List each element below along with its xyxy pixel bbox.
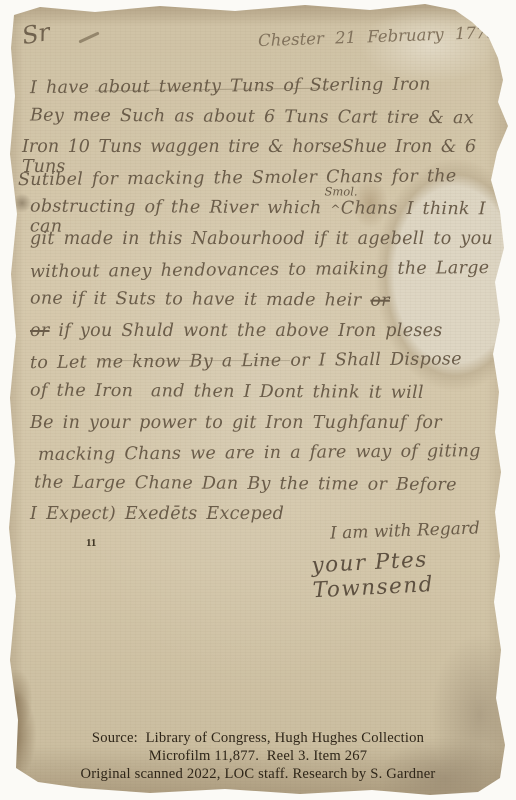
pen-stroke-mark: [78, 31, 99, 43]
letter-line: Bey mee Such as about 6 Tuns Cart tire &…: [30, 105, 505, 138]
line-text: if you Shuld wont the above Iron pleses: [58, 321, 442, 341]
interline-insertion: ^Smol.: [330, 199, 340, 219]
letter-line: Iron 10 Tuns waggen tire & horseShue Iro…: [22, 137, 505, 168]
letter-paper: Sr Chester 21 February 1778 I have about…: [0, 0, 516, 800]
scanned-letter: Sr Chester 21 February 1778 I have about…: [0, 0, 516, 800]
letter-line: of the Iron and then I Dont think it wil…: [30, 380, 505, 413]
caption-line: Original scanned 2022, LOC staff. Resear…: [0, 765, 516, 783]
line-text: one if it Suts to have it made heir: [30, 289, 362, 311]
inserted-word: Smol.: [324, 185, 357, 199]
struck-word: or: [30, 321, 50, 341]
dateline: Chester 21 February 1778: [258, 23, 497, 50]
caption-line: Microfilm 11,877. Reel 3. Item 267: [0, 747, 516, 765]
corner-mark: Sr: [20, 18, 52, 50]
letter-line: Be in your power to git Iron Tughfanuf f…: [30, 413, 505, 444]
letter-line: git made in this Nabourhood if it agebel…: [30, 229, 505, 260]
letter-body: I have about twenty Tuns of Sterling Iro…: [30, 76, 505, 535]
letter-line: without aney hendovances to maiking the …: [30, 257, 505, 292]
closing-line: I am with Regard: [330, 518, 480, 543]
struck-word: or: [370, 291, 390, 311]
caption-line: Source: Library of Congress, Hugh Hughes…: [0, 729, 516, 747]
page-number: 11: [86, 537, 96, 549]
caret-mark: ^: [330, 203, 340, 217]
source-caption: Source: Library of Congress, Hugh Hughes…: [0, 729, 516, 784]
letter-line: one if it Suts to have it made heir or: [30, 289, 505, 322]
letter-line: obstructing of the River which ^Smol.Cha…: [30, 197, 505, 230]
letter-line: macking Chans we are in a fare way of gi…: [38, 441, 505, 476]
letter-line: Sutibel for macking the Smoler Chans for…: [18, 166, 505, 201]
letter-line: or if you Shuld wont the above Iron ples…: [30, 321, 505, 352]
letter-line: I have about twenty Tuns of Sterling Iro…: [30, 74, 505, 109]
line-text: obstructing of the River which: [30, 197, 322, 219]
signature: your Ptes Townsend: [311, 543, 516, 604]
letter-line: the Large Chane Dan By the time or Befor…: [34, 472, 505, 505]
letter-line: to Let me know By a Line or I Shall Disp…: [30, 349, 505, 384]
